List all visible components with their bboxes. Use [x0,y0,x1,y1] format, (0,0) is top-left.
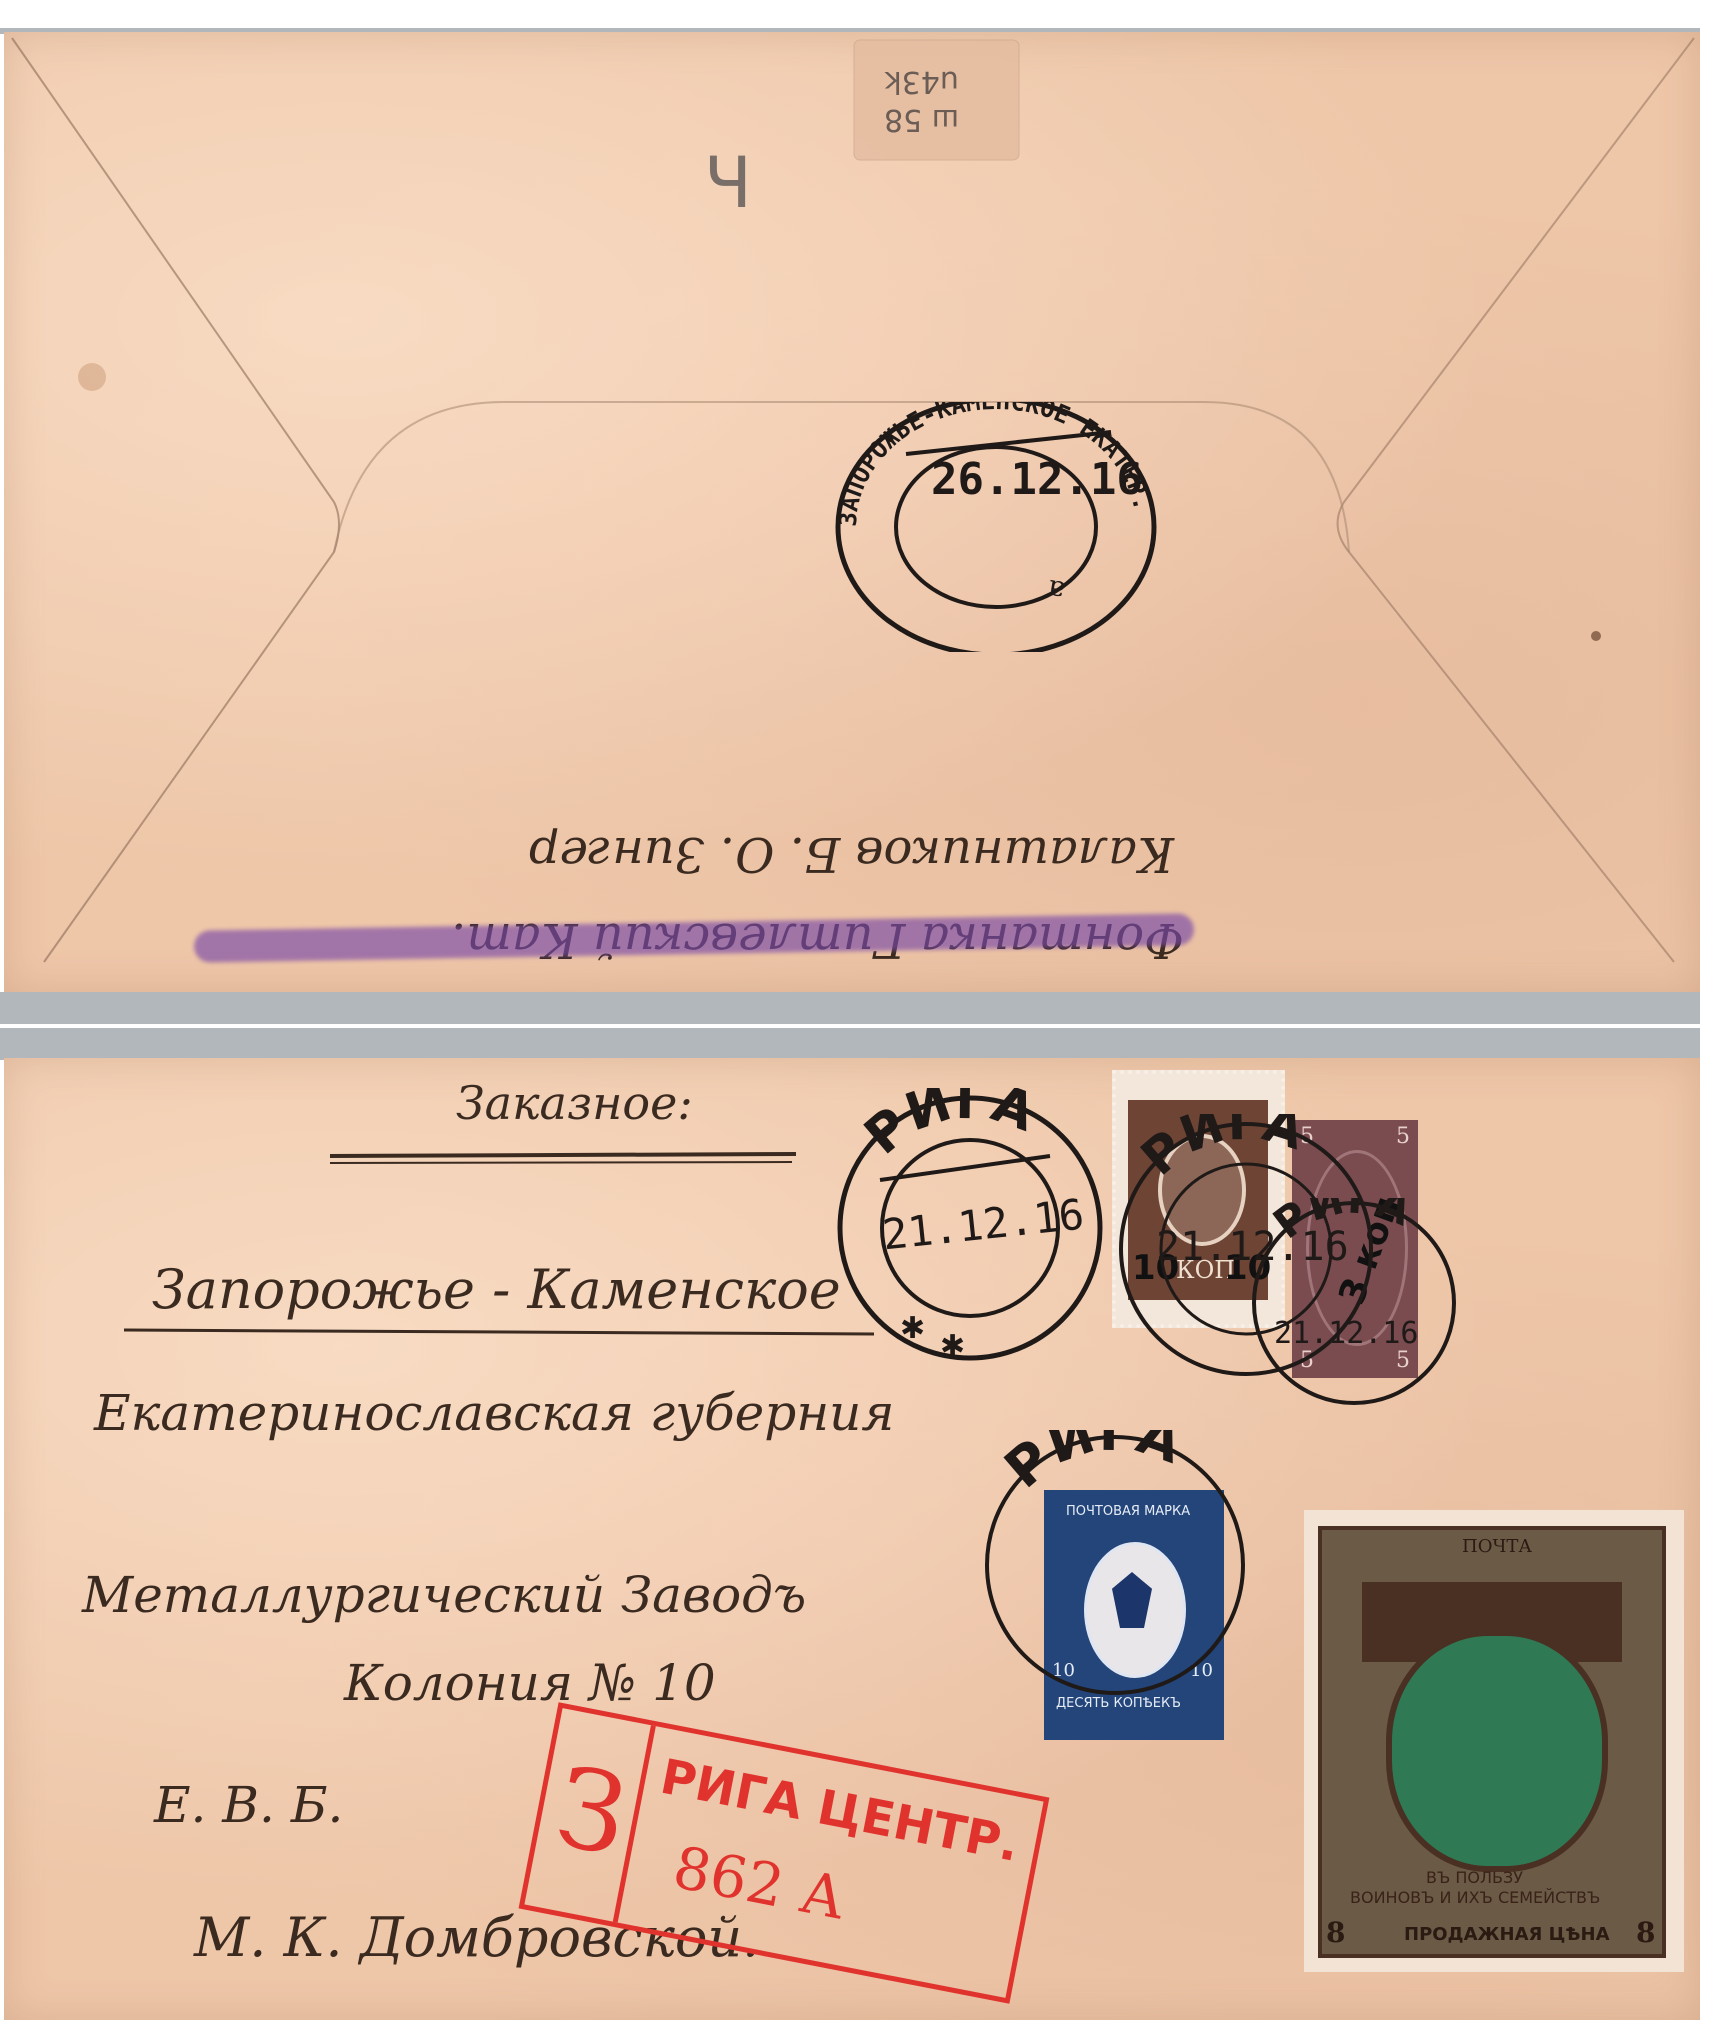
stamp-price: 8 [1326,1916,1345,1949]
pencil-mark: Ч [704,142,752,224]
sender-address: Фонтанка Гитлевский Кат. Калашников Б. О… [174,802,1194,992]
postmark-riga-1: РИГА ✱ ✱ 21.12.16 [820,1088,1120,1368]
postmark-city: РИГА [854,1088,1043,1167]
sender-line: Калашников Б. О. Зингер [529,826,1174,882]
scan-background-divider-bottom [0,1028,1700,1060]
postmark-city: РИГА [1264,1198,1419,1248]
postmark-date: 21.12.16 [1274,1316,1419,1351]
svg-text:✱: ✱ [900,1311,925,1346]
postmark-city: РИГА [993,1430,1190,1500]
svg-text:РИГА: РИГА [1130,1114,1311,1187]
pencil-note-line: u43k [884,62,959,100]
envelope-back: ш 58 u43k Ч ЗАПОРОЖЬЕ-КАМЕНСКОЕ ЕКАТЕР. … [4,32,1700,992]
scan-background-divider-top [0,992,1700,1024]
stamp-bottom-text: ПРОДАЖНАЯ ЦѢНА [1404,1924,1610,1945]
svg-text:РИГА: РИГА [1264,1198,1419,1248]
svg-text:✱: ✱ [940,1329,965,1364]
envelope-front: Заказное: Запорожье - Каменское Екатерин… [4,1058,1700,2020]
stamp-top-text: ПОЧТА [1462,1536,1532,1557]
postmark-riga-3: РИГА 21.12.16 [1244,1198,1464,1408]
address-line-1: Запорожье - Каменское [152,1258,841,1321]
address-line-3: Металлургический Заводъ [82,1566,806,1624]
registered-header: Заказное: [456,1076,693,1130]
stamp-text-1: ВЪ ПОЛЬЗУ [1426,1868,1523,1887]
address-line-4: Колония № 10 [344,1654,716,1712]
postmark-riga-4: РИГА [970,1430,1260,1700]
registration-number: 862 А [668,1833,851,1933]
stamp-charity-3-kop: ПОЧТА ВЪ ПОЛЬЗУ ВОИНОВЪ И ИХЪ СЕМЕЙСТВЪ … [1304,1510,1684,1972]
postmark-zaporozhe: ЗАПОРОЖЬЕ-КАМЕНСКОЕ ЕКАТЕР. 26.12.16 а [826,402,1166,652]
stamp-text-2: ВОИНОВЪ И ИХЪ СЕМЕЙСТВЪ [1350,1888,1600,1907]
address-line-5: Е. В. Б. [154,1776,343,1834]
svg-text:РИГА: РИГА [993,1430,1190,1500]
pencil-note-line: ш 58 [884,100,959,138]
stamp-value: 5 [1396,1124,1410,1149]
address-line-2: Екатеринославская губерния [94,1384,894,1442]
postmark-date: 26.12.16 [931,454,1143,505]
pencil-note: ш 58 u43k [884,62,959,138]
postmark-city: РИГА [1130,1114,1311,1187]
svg-text:РИГА: РИГА [854,1088,1043,1167]
stamp-price: 8 [1636,1916,1655,1949]
